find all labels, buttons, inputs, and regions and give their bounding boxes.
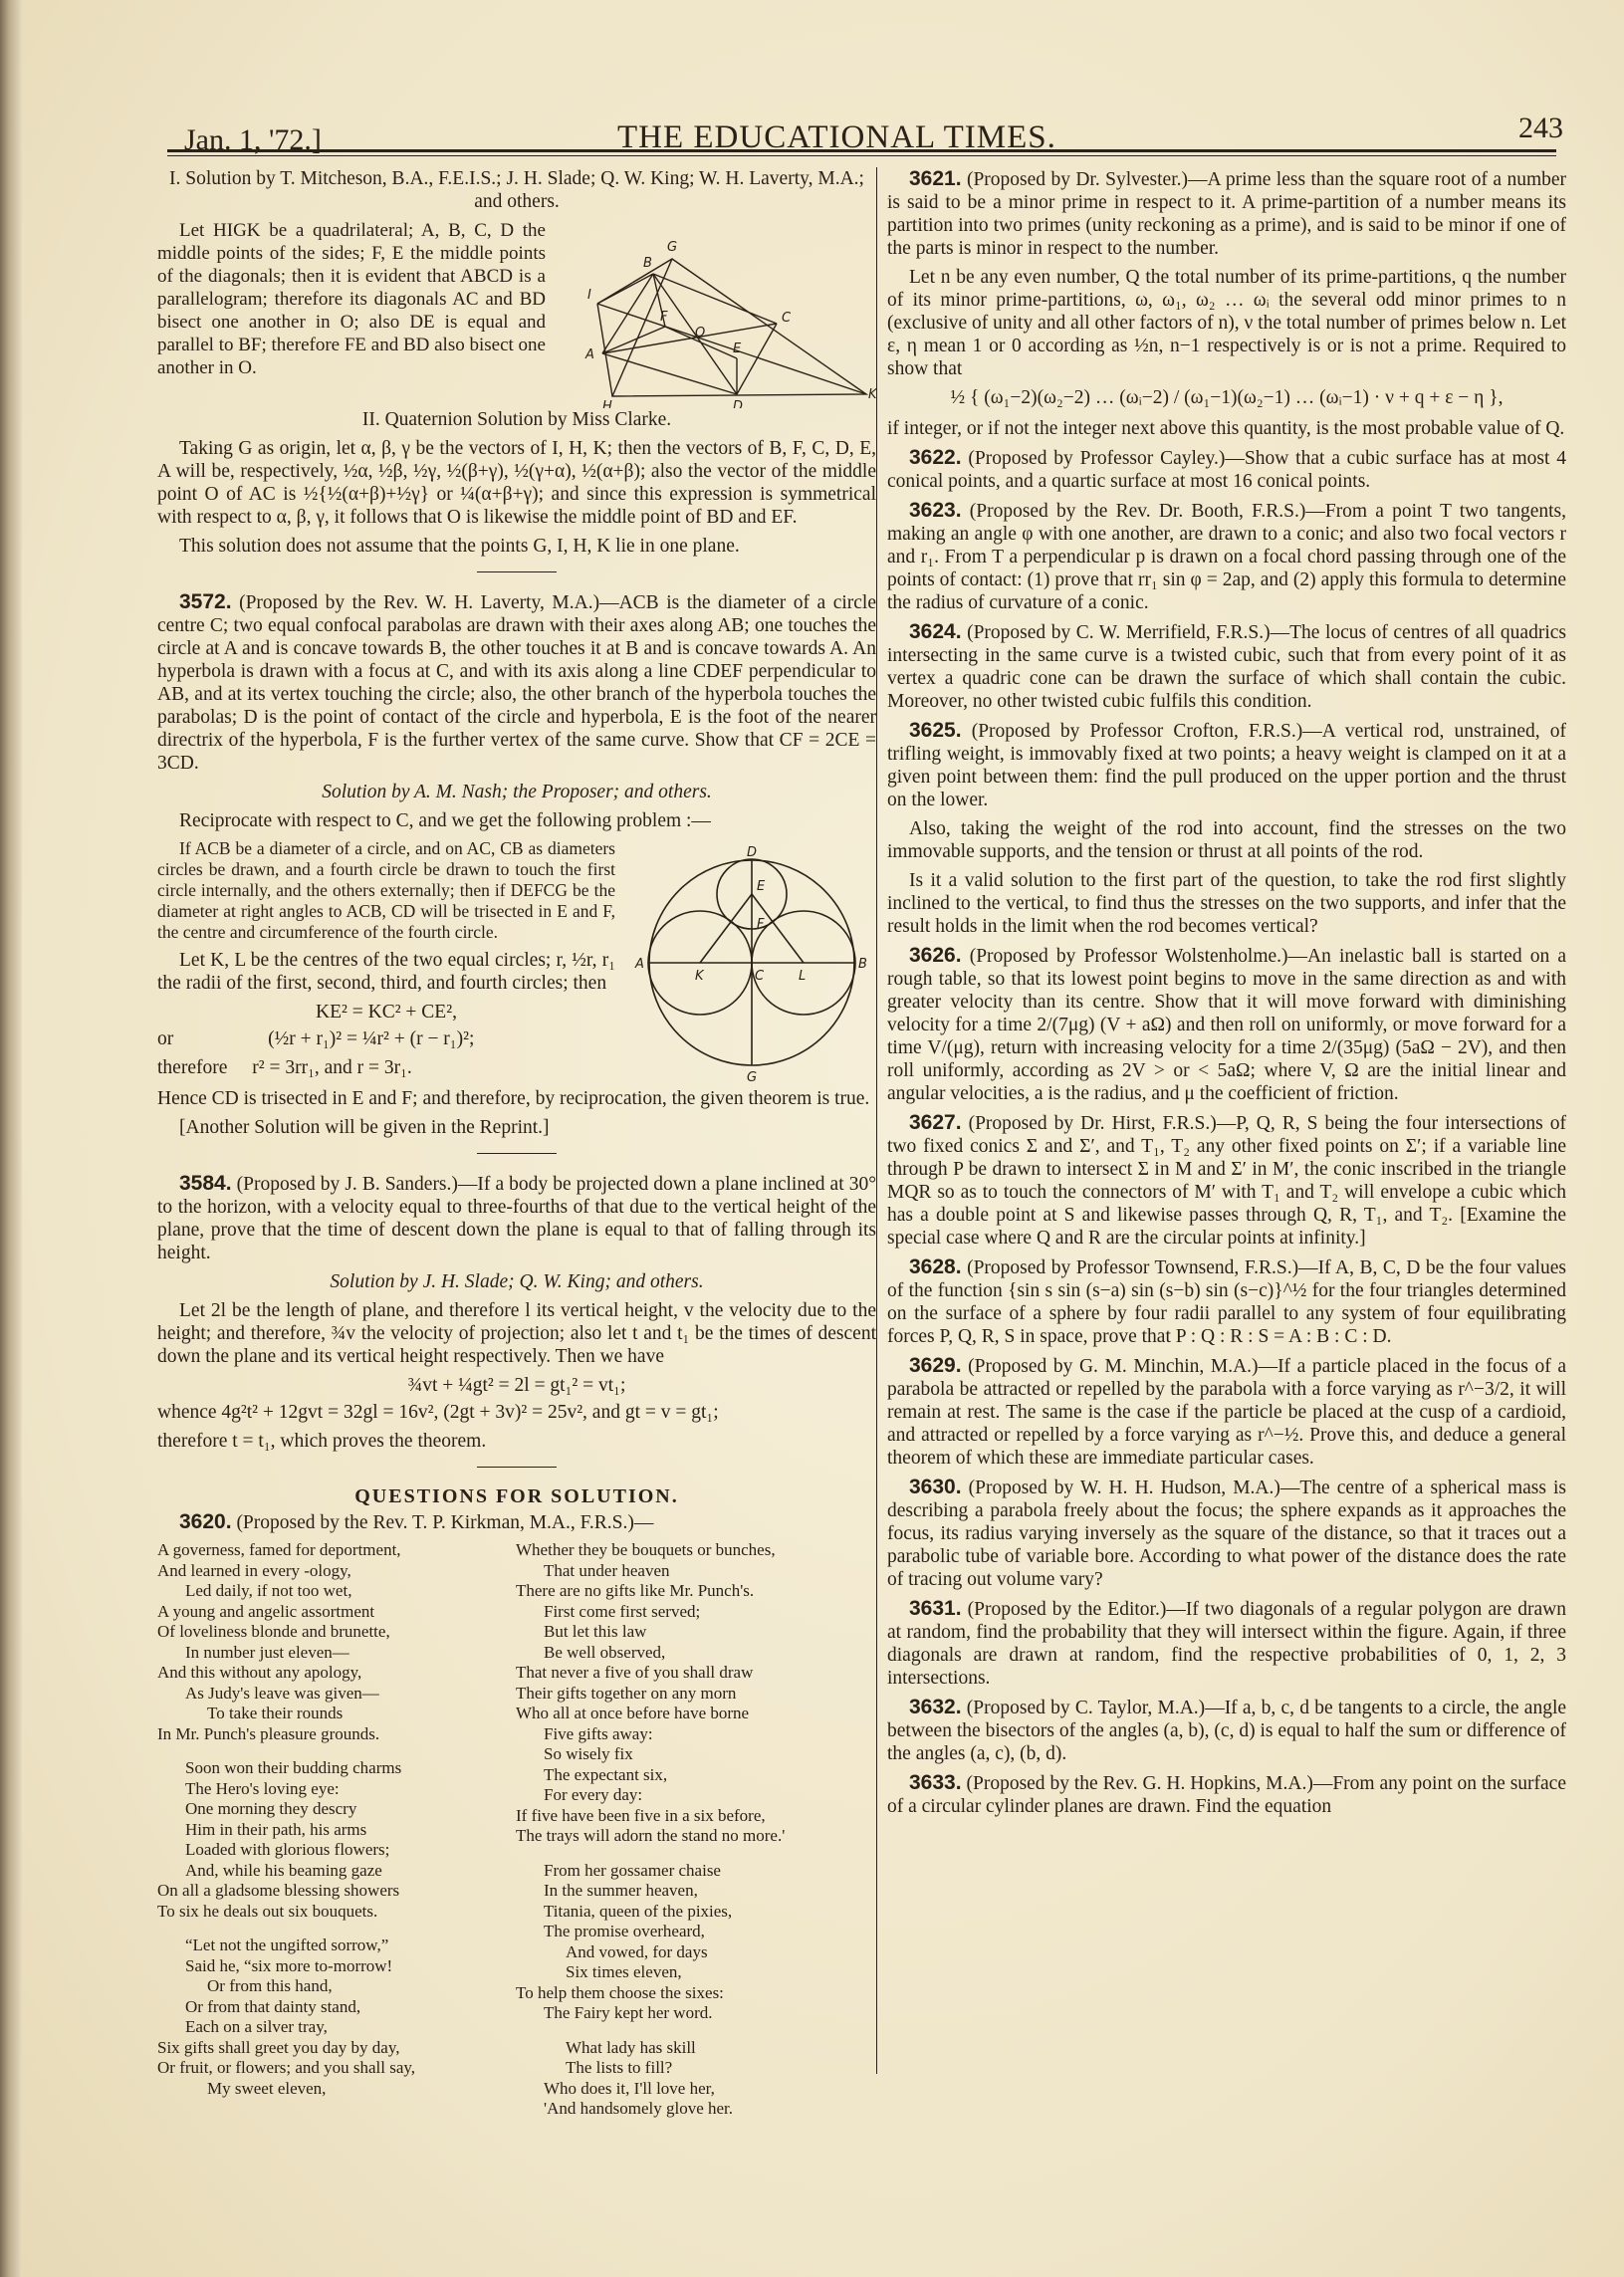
- solution-1-text: Let HIGK be a quadrilateral; A, B, C, D …: [157, 219, 546, 402]
- equation-3: therefore t = t₁, which proves the theor…: [157, 1430, 876, 1453]
- question-number: 3631.: [909, 1597, 962, 1620]
- question-proposer: (Proposed by G. M. Minchin, M.A.): [968, 1356, 1258, 1377]
- solution-heading-3584: Solution by J. H. Slade; Q. W. King; and…: [157, 1270, 876, 1293]
- solution-heading-3572: Solution by A. M. Nash; the Proposer; an…: [157, 781, 876, 803]
- label-G: G: [747, 1070, 757, 1085]
- poem-stanza: Soon won their budding charms The Hero's…: [157, 1758, 496, 1922]
- question-3584: 3584. (Proposed by J. B. Sanders.)—If a …: [157, 1172, 876, 1264]
- question-proposer: (Proposed by Professor Wolstenholme.): [970, 946, 1288, 967]
- section-divider: [477, 1467, 557, 1468]
- question-number: 3628.: [909, 1255, 962, 1278]
- question-3625-para2: Also, taking the weight of the rod into …: [887, 817, 1566, 863]
- page-binding: [0, 0, 22, 2277]
- label-L: L: [799, 969, 806, 984]
- label-H: H: [602, 399, 612, 408]
- question-number: 3622.: [909, 446, 962, 469]
- poem-stanza: Whether they be bouquets or bunches, Tha…: [516, 1540, 874, 1847]
- question-proposer: (Proposed by Dr. Hirst, F.R.S.): [969, 1113, 1217, 1134]
- label-B: B: [858, 957, 867, 972]
- label-C: C: [782, 311, 792, 326]
- label-I: I: [587, 288, 591, 303]
- question-3620: 3620. (Proposed by the Rev. T. P. Kirkma…: [157, 1510, 876, 1534]
- equation-3: therefore r² = 3rr₁, and r = 3r₁.: [157, 1056, 615, 1079]
- question-3627: 3627. (Proposed by Dr. Hirst, F.R.S.)—P,…: [887, 1111, 1566, 1250]
- question-number: 3620.: [179, 1510, 232, 1533]
- question-3632: 3632. (Proposed by C. Taylor, M.A.)—If a…: [887, 1696, 1566, 1765]
- question-number: 3626.: [909, 944, 962, 967]
- question-proposer: (Proposed by the Editor.): [968, 1599, 1167, 1620]
- poem-stanza: A governess, famed for deportment, And l…: [157, 1540, 496, 1744]
- question-3572: 3572. (Proposed by the Rev. W. H. Lavert…: [157, 590, 876, 775]
- question-text: (Proposed by the Rev. W. H. Laverty, M.A…: [157, 592, 876, 774]
- solution-3584-text: Let 2l be the length of plane, and there…: [157, 1299, 876, 1368]
- question-number: 3623.: [909, 499, 962, 522]
- question-3622: 3622. (Proposed by Professor Cayley.)—Sh…: [887, 446, 1566, 493]
- question-proposer: (Proposed by C. W. Merrifield, F.R.S.): [967, 622, 1271, 643]
- label-A: A: [584, 347, 594, 362]
- poem: A governess, famed for deportment, And l…: [157, 1540, 876, 2134]
- poem-column-left: A governess, famed for deportment, And l…: [157, 1540, 496, 2134]
- question-number: 3625.: [909, 719, 962, 742]
- poem-stanza: What lady has skill The lists to fill? W…: [516, 2038, 874, 2120]
- question-3624: 3624. (Proposed by C. W. Merrifield, F.R…: [887, 620, 1566, 713]
- question-proposer: (Proposed by Dr. Sylvester.): [967, 169, 1188, 190]
- poem-stanza: “Let not the ungifted sorrow,” Said he, …: [157, 1935, 496, 2099]
- question-proposer: (Proposed by the Rev. G. H. Hopkins, M.A…: [966, 1773, 1312, 1794]
- question-number: 3627.: [909, 1111, 962, 1134]
- question-number: 3630.: [909, 1476, 962, 1498]
- question-3623: 3623. (Proposed by the Rev. Dr. Booth, F…: [887, 499, 1566, 614]
- label-G: G: [667, 240, 677, 255]
- section-divider: [477, 1153, 557, 1154]
- questions-heading: QUESTIONS FOR SOLUTION.: [157, 1485, 876, 1508]
- solution-heading: I. Solution by T. Mitcheson, B.A., F.E.I…: [157, 167, 876, 213]
- conclusion: Hence CD is trisected in E and F; and th…: [157, 1087, 876, 1110]
- question-proposer: (Proposed by Professor Crofton, F.R.S.): [972, 721, 1303, 742]
- header-rule: [167, 149, 1556, 152]
- question-text: (Proposed by the Rev. T. P. Kirkman, M.A…: [236, 1512, 653, 1533]
- label-D: D: [747, 845, 757, 860]
- label-D: D: [733, 399, 743, 408]
- label-K: K: [695, 969, 705, 984]
- equation-2: whence 4g²t² + 12gvt = 32gl = 16v², (2gt…: [157, 1401, 876, 1424]
- solution-1-with-figure: Let HIGK be a quadrilateral; A, B, C, D …: [157, 219, 876, 408]
- label-E: E: [757, 879, 766, 894]
- reciprocate-intro: Reciprocate with respect to C, and we ge…: [157, 809, 876, 832]
- solution-2-text: Taking G as origin, let α, β, γ be the v…: [157, 437, 876, 529]
- left-column: I. Solution by T. Mitcheson, B.A., F.E.I…: [157, 167, 876, 2134]
- question-3630: 3630. (Proposed by W. H. H. Hudson, M.A.…: [887, 1476, 1566, 1591]
- solution-2-heading: II. Quaternion Solution by Miss Clarke.: [157, 408, 876, 431]
- question-3621-para3: if integer, or if not the integer next a…: [887, 417, 1566, 440]
- question-proposer: (Proposed by Professor Townsend, F.R.S.): [967, 1257, 1298, 1278]
- label-K: K: [868, 387, 876, 402]
- reciprocal-problem: If ACB be a diameter of a circle, and on…: [157, 838, 615, 943]
- reprint-note: [Another Solution will be given in the R…: [157, 1116, 876, 1139]
- question-3633: 3633. (Proposed by the Rev. G. H. Hopkin…: [887, 1771, 1566, 1818]
- right-column: 3621. (Proposed by Dr. Sylvester.)—A pri…: [876, 167, 1566, 2074]
- question-3626: 3626. (Proposed by Professor Wolstenholm…: [887, 944, 1566, 1105]
- solution-3572-with-figure: If ACB be a diameter of a circle, and on…: [157, 838, 876, 1087]
- question-3629: 3629. (Proposed by G. M. Minchin, M.A.)—…: [887, 1354, 1566, 1470]
- label-A: A: [634, 957, 644, 972]
- question-text: —An inelastic ball is started on a rough…: [887, 946, 1566, 1104]
- poem-column-right: Whether they be bouquets or bunches, Tha…: [516, 1540, 874, 2134]
- question-number: 3633.: [909, 1771, 962, 1794]
- label-F: F: [757, 917, 765, 932]
- solution-2-note: This solution does not assume that the p…: [157, 535, 876, 558]
- question-number: 3624.: [909, 620, 962, 643]
- question-text: (Proposed by J. B. Sanders.)—If a body b…: [157, 1174, 876, 1263]
- question-proposer: (Proposed by Professor Cayley.): [968, 448, 1225, 469]
- section-divider: [477, 571, 557, 572]
- circles-figure: D E F A K C L B G: [627, 838, 876, 1087]
- label-F: F: [660, 310, 668, 325]
- equation-1: KE² = KC² + CE²,: [157, 1001, 615, 1024]
- question-3628: 3628. (Proposed by Professor Townsend, F…: [887, 1255, 1566, 1348]
- label-B: B: [643, 256, 652, 271]
- poem-stanza: From her gossamer chaise In the summer h…: [516, 1861, 874, 2024]
- label-O: O: [695, 326, 705, 341]
- page-number: 243: [1518, 112, 1563, 145]
- label-C: C: [755, 969, 765, 984]
- equation-1: ¾vt + ¼gt² = 2l = gt₁² = vt₁;: [157, 1374, 876, 1397]
- question-proposer: (Proposed by W. H. H. Hudson, M.A.): [969, 1478, 1280, 1498]
- question-proposer: (Proposed by C. Taylor, M.A.): [967, 1698, 1205, 1718]
- header-rule-thin: [167, 155, 1556, 156]
- question-3625-para3: Is it a valid solution to the first part…: [887, 869, 1566, 938]
- solution-3572-body: If ACB be a diameter of a circle, and on…: [157, 838, 615, 1087]
- question-number: 3629.: [909, 1354, 962, 1377]
- label-E: E: [733, 342, 742, 356]
- question-number: 3632.: [909, 1696, 962, 1718]
- question-3621-formula: ½ { (ω₁−2)(ω₂−2) … (ωᵢ−2) / (ω₁−1)(ω₂−1)…: [887, 386, 1566, 409]
- question-3631: 3631. (Proposed by the Editor.)—If two d…: [887, 1597, 1566, 1690]
- question-3621: 3621. (Proposed by Dr. Sylvester.)—A pri…: [887, 167, 1566, 260]
- question-number: 3584.: [179, 1172, 232, 1195]
- question-number: 3621.: [909, 167, 962, 190]
- question-proposer: (Proposed by the Rev. Dr. Booth, F.R.S.): [970, 501, 1306, 522]
- question-number: 3572.: [179, 590, 232, 613]
- question-3625: 3625. (Proposed by Professor Crofton, F.…: [887, 719, 1566, 811]
- question-3621-para2: Let n be any even number, Q the total nu…: [887, 266, 1566, 380]
- let-statement: Let K, L be the centres of the two equal…: [157, 949, 615, 995]
- quadrilateral-figure: G B I C F O E A H D K: [558, 219, 876, 408]
- equation-2: or (½r + r₁)² = ¼r² + (r − r₁)²;: [157, 1027, 615, 1050]
